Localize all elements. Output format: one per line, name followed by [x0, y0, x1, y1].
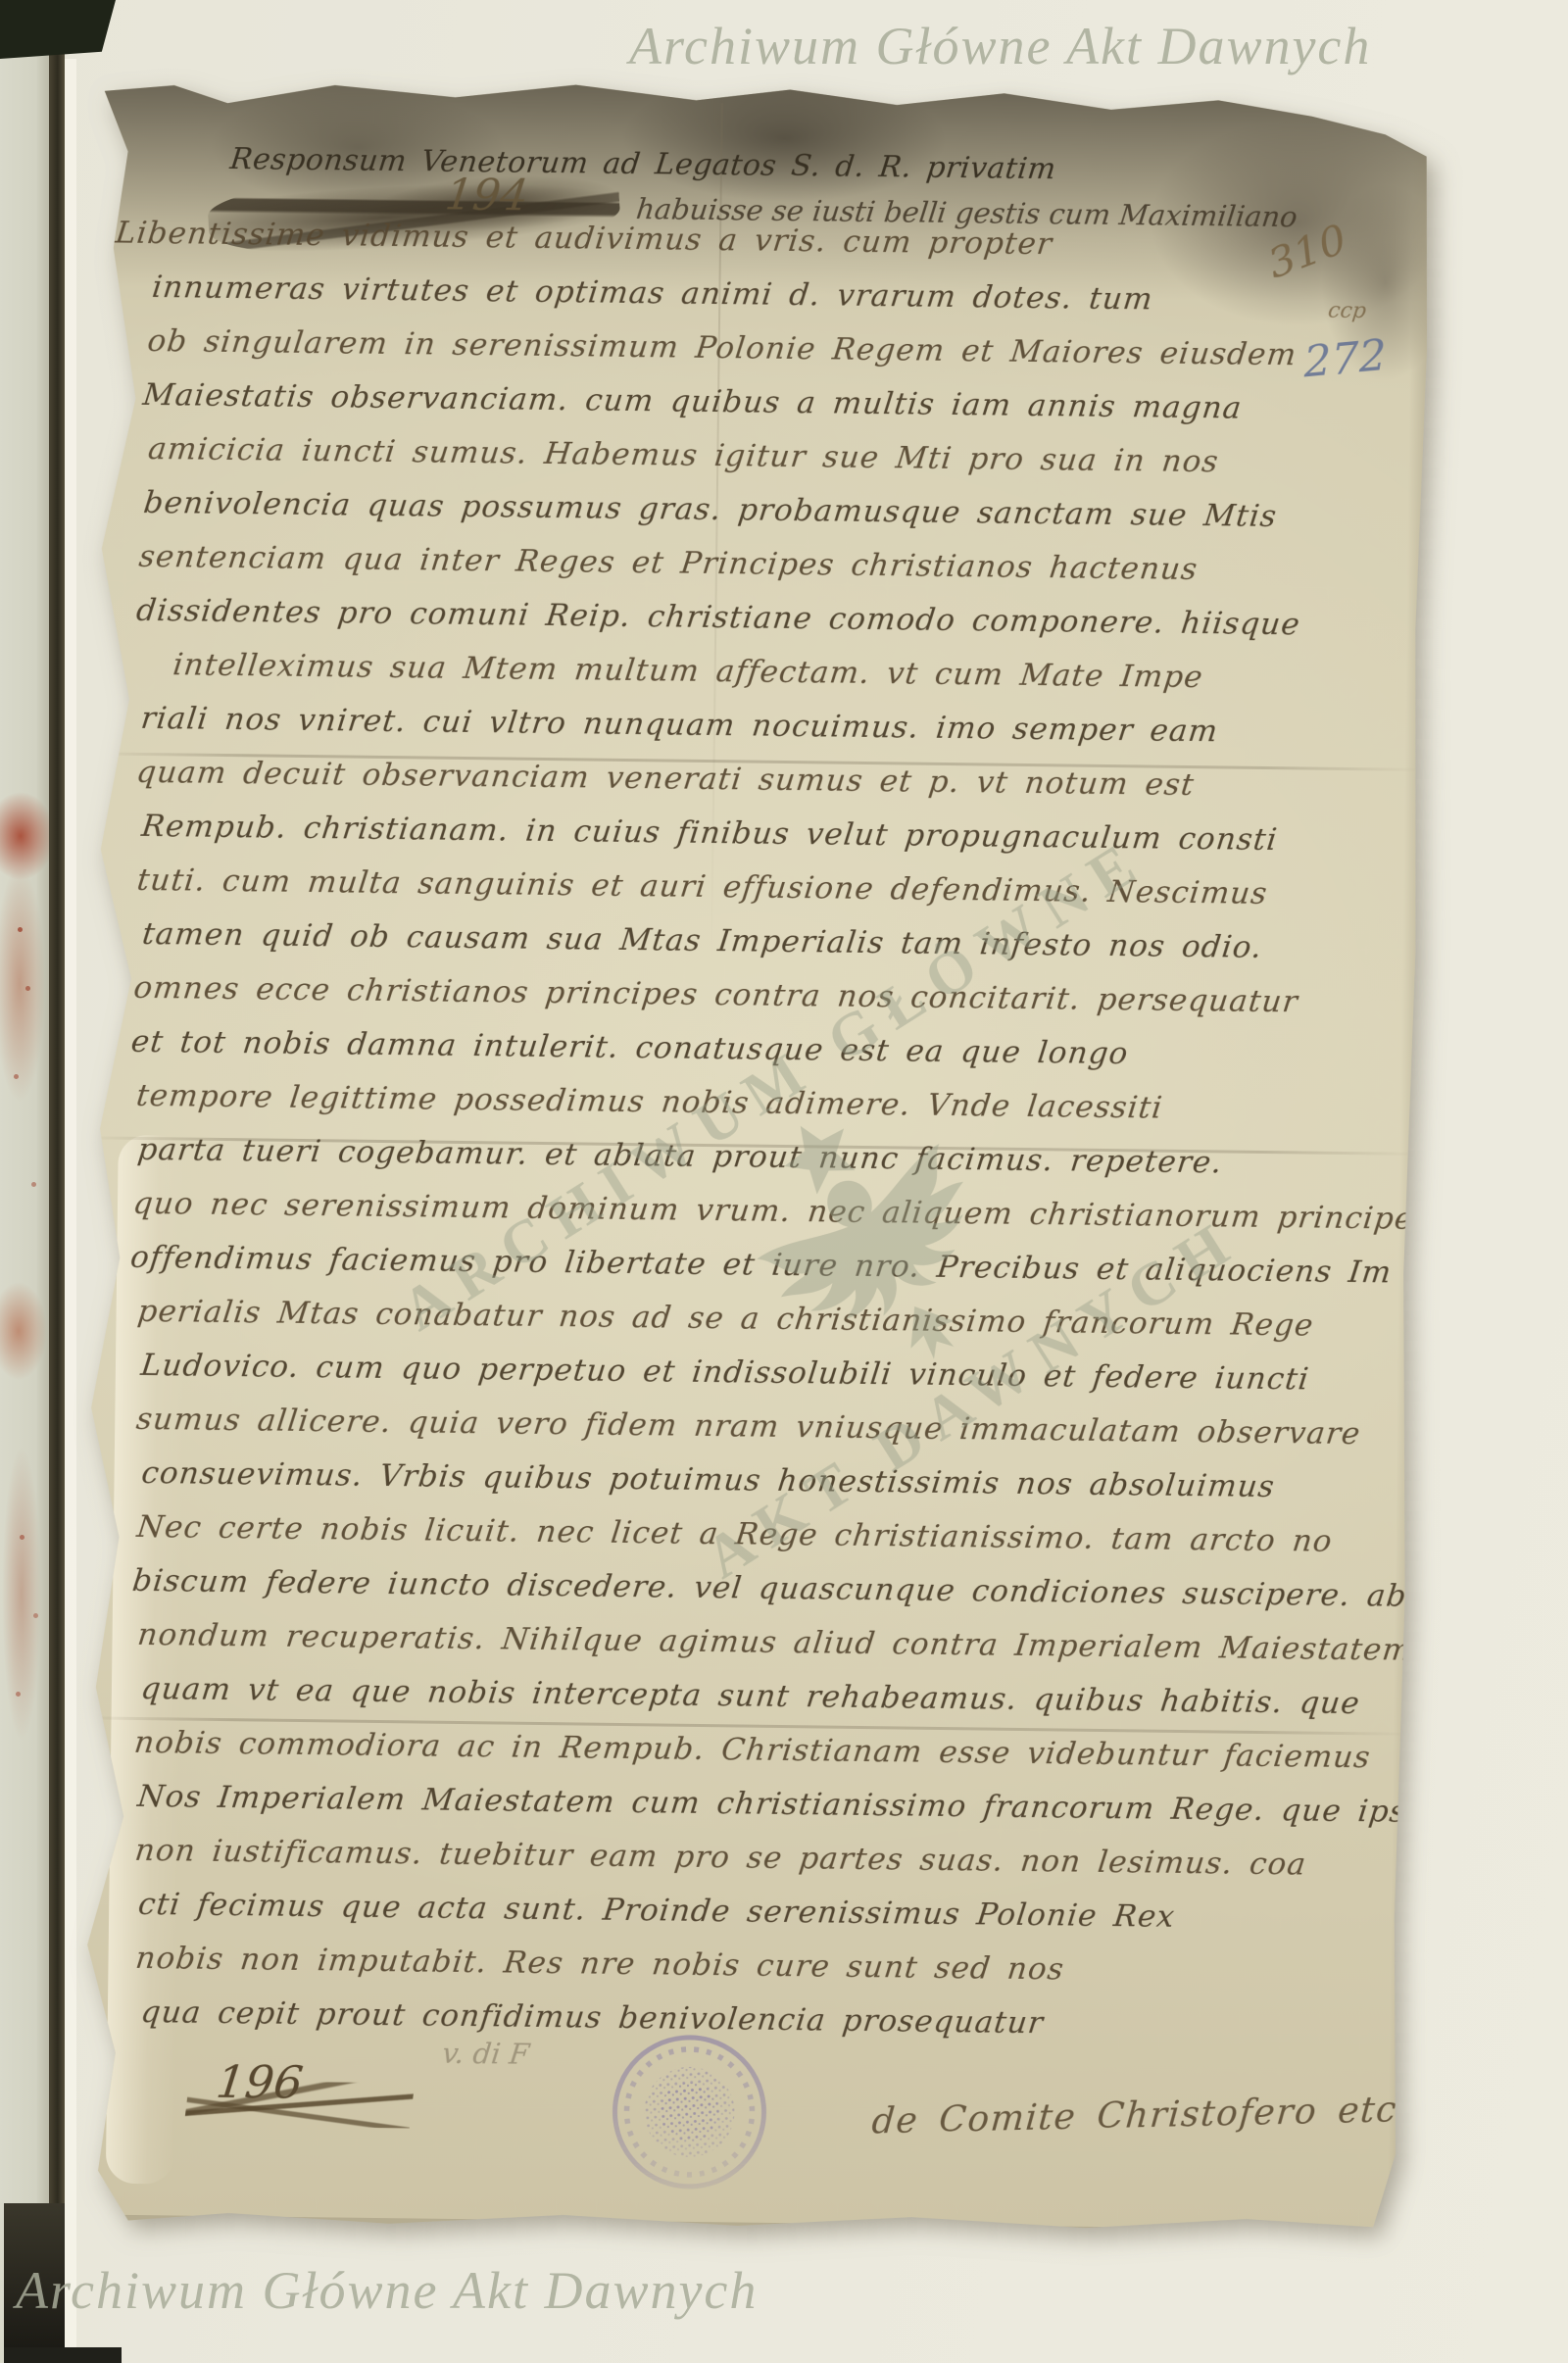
manuscript-line: perialis Mtas conabatur nos ad se a chri… — [136, 1294, 1316, 1344]
manuscript-line: sumus allicere. quia vero fidem nram vni… — [134, 1402, 1362, 1452]
manuscript-line: Nos Imperialem Maiestatem cum christiani… — [135, 1779, 1456, 1830]
scan-dark-corner-top-left — [0, 0, 116, 59]
manuscript-line: Ludovico. cum quo perpetuo et indissolub… — [139, 1348, 1311, 1398]
binding-spine-shadow — [49, 51, 65, 2363]
manuscript-page-wrap: Responsum Venetorum ad Legatos S. d. R. … — [68, 75, 1433, 2240]
manuscript-line: Nec certe nobis licuit. nec licet a Rege… — [135, 1509, 1335, 1559]
seal-stain-speckles — [18, 927, 23, 932]
manuscript-line: riali nos vniret. cui vltro nunquam nocu… — [139, 701, 1220, 749]
manuscript-line: benivolencia quas possumus gras. probamu… — [142, 485, 1279, 534]
manuscript-line: nondum recuperatis. Nihilque agimus aliu… — [135, 1617, 1414, 1668]
manuscript-line: biscum federe iuncto discedere. vel quas… — [130, 1563, 1480, 1615]
folio-number-194: 194 — [443, 171, 531, 222]
manuscript-line: offendimus faciemus pro libertate et iur… — [128, 1240, 1394, 1291]
archival-scan-canvas: Responsum Venetorum ad Legatos S. d. R. … — [0, 0, 1568, 2363]
manuscript-line: Maiestatis observanciam. cum quibus a mu… — [141, 377, 1245, 426]
manuscript-line: qua cepit prout confidimus benivolencia … — [139, 1994, 1046, 2041]
manuscript-line: dissidentes pro comuni Reip. christiane … — [134, 593, 1302, 642]
bottom-edge-shade — [68, 2214, 1406, 2240]
wax-seal-stain — [0, 866, 45, 1102]
adjacent-page-edge — [0, 45, 51, 2363]
manuscript-line: non iustificamus. tuebitur eam pro se pa… — [133, 1833, 1308, 1883]
manuscript-line: tamen quid ob causam sua Mtas Imperialis… — [140, 916, 1264, 965]
faint-pencil-note: v. di F — [440, 2037, 531, 2071]
manuscript-line: ob singularem in serenissimum Polonie Re… — [146, 323, 1299, 372]
manuscript-line: omnes ecce christianos principes contra … — [132, 970, 1300, 1019]
wax-seal-stain — [0, 792, 55, 880]
scan-dark-edge-bottom — [4, 2347, 122, 2363]
manuscript-line: tempore legittime possedimus nobis adime… — [134, 1078, 1164, 1126]
right-edge-shade — [1387, 92, 1433, 2240]
manuscript-page: Responsum Venetorum ad Legatos S. d. R. … — [68, 75, 1433, 2240]
manuscript-line: parta tueri cogebamur. et ablata prout n… — [136, 1132, 1225, 1180]
manuscript-line: intelleximus sua Mtem multum affectam. v… — [171, 647, 1205, 695]
wax-seal-stain — [2, 1447, 41, 1741]
shelfmark-272-pencil: 272 — [1303, 330, 1387, 387]
manuscript-line: consuevimus. Vrbis quibus potuimus hones… — [140, 1455, 1277, 1504]
round-violet-archive-stamp — [599, 2018, 781, 2209]
manuscript-line: Rempub. christianam. in cuius finibus ve… — [140, 809, 1280, 858]
manuscript-line: quo nec serenissimum dominum vrum. nec a… — [131, 1186, 1445, 1237]
manuscript-line: sentenciam qua inter Reges et Principes … — [137, 539, 1200, 587]
manuscript-line: tuti. cum multa sanguinis et auri effusi… — [135, 862, 1270, 911]
archive-watermark-bottom: Archiwum Główne Akt Dawnych — [16, 2260, 758, 2321]
manuscript-line: amicicia iuncti sumus. Habemus igitur su… — [146, 431, 1220, 479]
archive-watermark-top: Archiwum Główne Akt Dawnych — [629, 16, 1371, 76]
shelfmark-note-ccp: ccp — [1327, 299, 1368, 323]
manuscript-line: quam decuit observanciam venerati sumus … — [134, 755, 1197, 803]
wax-seal-stain — [0, 1282, 47, 1380]
manuscript-line: quam vt ea que nobis intercepta sunt reh… — [139, 1671, 1362, 1721]
manuscript-line: nobis non imputabit. Res nre nobis cure … — [133, 1941, 1066, 1988]
manuscript-line: et tot nobis damna intulerit. conatusque… — [129, 1024, 1131, 1071]
manuscript-line: cti fecimus que acta sunt. Proinde seren… — [136, 1887, 1177, 1935]
